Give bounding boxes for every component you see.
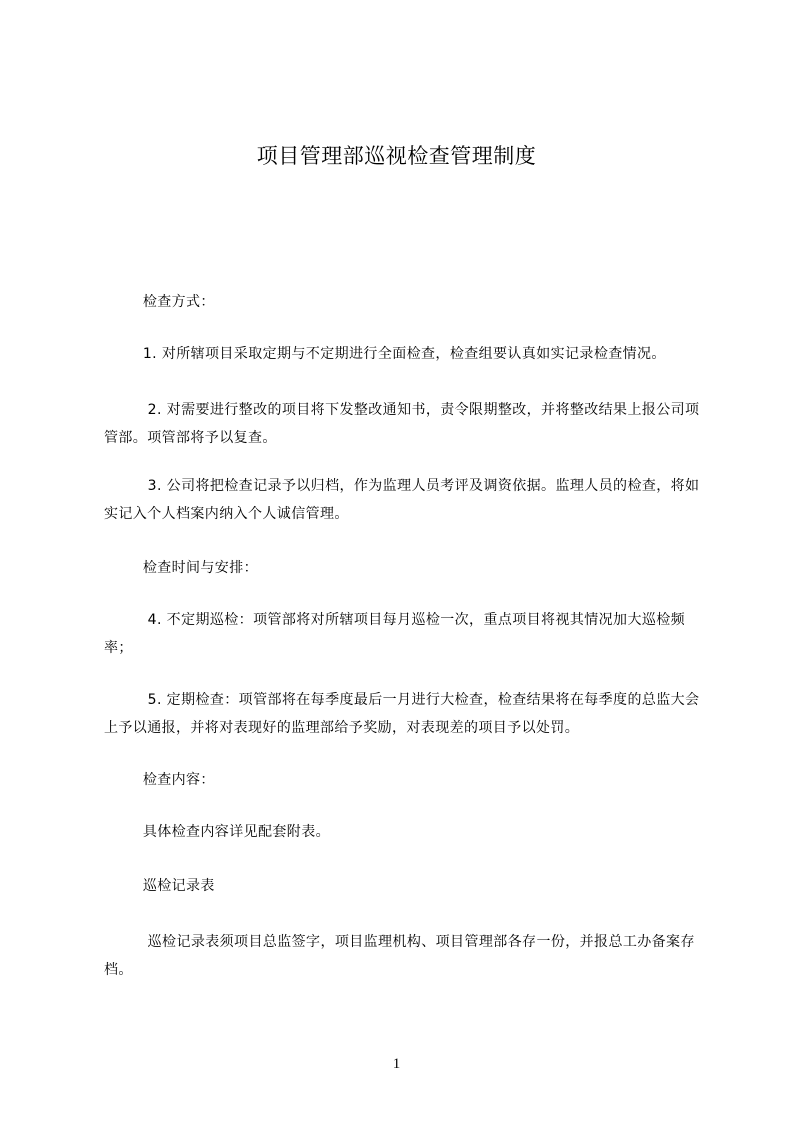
section-heading-inspection-method: 检查方式： — [104, 288, 704, 316]
paragraph-item-5: 5. 定期检查：项管部将在每季度最后一月进行大检查，检查结果将在每季度的总监大会… — [104, 686, 704, 742]
document-page: 项目管理部巡视检查管理制度 检查方式： 1. 对所辖项目采取定期与不定期进行全面… — [0, 0, 793, 1122]
document-title: 项目管理部巡视检查管理制度 — [0, 140, 793, 172]
section-heading-content: 检查内容： — [104, 766, 704, 794]
paragraph-record-body: 巡检记录表须项目总监签字，项目监理机构、项目管理部各存一份，并报总工办备案存档。 — [104, 928, 704, 984]
paragraph-content-body: 具体检查内容详见配套附表。 — [104, 818, 704, 846]
section-heading-schedule: 检查时间与安排： — [104, 554, 704, 582]
paragraph-item-3: 3. 公司将把检查记录予以归档，作为监理人员考评及调资依据。监理人员的检查，将如… — [104, 472, 704, 528]
section-heading-record-form: 巡检记录表 — [104, 872, 704, 900]
page-number: 1 — [0, 1054, 793, 1074]
paragraph-item-2: 2. 对需要进行整改的项目将下发整改通知书，责令限期整改，并将整改结果上报公司项… — [104, 396, 704, 452]
paragraph-item-1: 1. 对所辖项目采取定期与不定期进行全面检查，检查组要认真如实记录检查情况。 — [104, 340, 704, 368]
paragraph-item-4: 4. 不定期巡检：项管部将对所辖项目每月巡检一次，重点项目将视其情况加大巡检频率… — [104, 606, 704, 662]
